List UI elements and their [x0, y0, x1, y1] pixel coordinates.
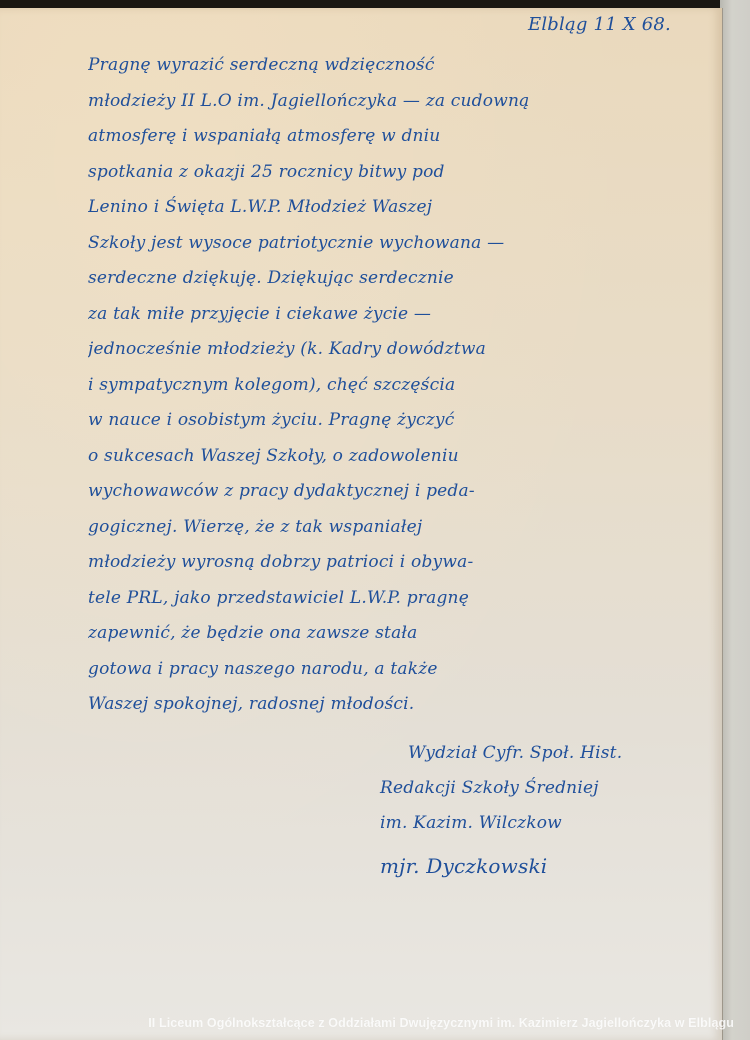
top-edge-shadow [0, 0, 750, 8]
body-line: gogicznej. Wierzę, że z tak wspaniałej [88, 510, 713, 546]
body-line: Szkoły jest wysoce patriotycznie wychowa… [88, 226, 713, 262]
signature-line: Wydział Cyfr. Społ. Hist. [380, 736, 720, 771]
body-line: młodzieży wyrosną dobrzy patrioci i obyw… [88, 545, 713, 581]
body-line: o sukcesach Waszej Szkoły, o zadowoleniu [88, 439, 713, 475]
watermark-caption: II Liceum Ogólnokształcące z Oddziałami … [148, 1016, 734, 1030]
body-line: Pragnę wyrazić serdeczną wdzięczność [88, 48, 713, 84]
body-line: za tak miłe przyjęcie i ciekawe życie — [88, 297, 713, 333]
letter-page: Elbląg 11 X 68. Pragnę wyrazić serdeczną… [0, 8, 723, 1040]
dateline: Elbląg 11 X 68. [528, 14, 671, 35]
body-line: gotowa i pracy naszego narodu, a także [88, 652, 713, 688]
signature-line: im. Kazim. Wilczkow [380, 806, 720, 841]
body-line: młodzieży II L.O im. Jagiellończyka — za… [88, 84, 713, 120]
body-line: atmosferę i wspaniałą atmosferę w dniu [88, 119, 713, 155]
letter-body: Pragnę wyrazić serdeczną wdzięczność mło… [88, 48, 713, 723]
signature-line: Redakcji Szkoły Średniej [380, 771, 720, 806]
next-page-edge [720, 0, 750, 1040]
body-line: Lenino i Święta L.W.P. Młodzież Waszej [88, 190, 713, 226]
signature-name: mjr. Dyczkowski [380, 849, 720, 884]
body-line: spotkania z okazji 25 rocznicy bitwy pod [88, 155, 713, 191]
body-line: serdeczne dziękuję. Dziękując serdecznie [88, 261, 713, 297]
body-line: i sympatycznym kolegom), chęć szczęścia [88, 368, 713, 404]
body-line: tele PRL, jako przedstawiciel L.W.P. pra… [88, 581, 713, 617]
signature-block: Wydział Cyfr. Społ. Hist. Redakcji Szkoł… [380, 736, 720, 884]
body-line: wychowawców z pracy dydaktycznej i peda- [88, 474, 713, 510]
body-line: zapewnić, że będzie ona zawsze stała [88, 616, 713, 652]
body-line: Waszej spokojnej, radosnej młodości. [88, 687, 713, 723]
body-line: w nauce i osobistym życiu. Pragnę życzyć [88, 403, 713, 439]
body-line: jednocześnie młodzieży (k. Kadry dowództ… [88, 332, 713, 368]
